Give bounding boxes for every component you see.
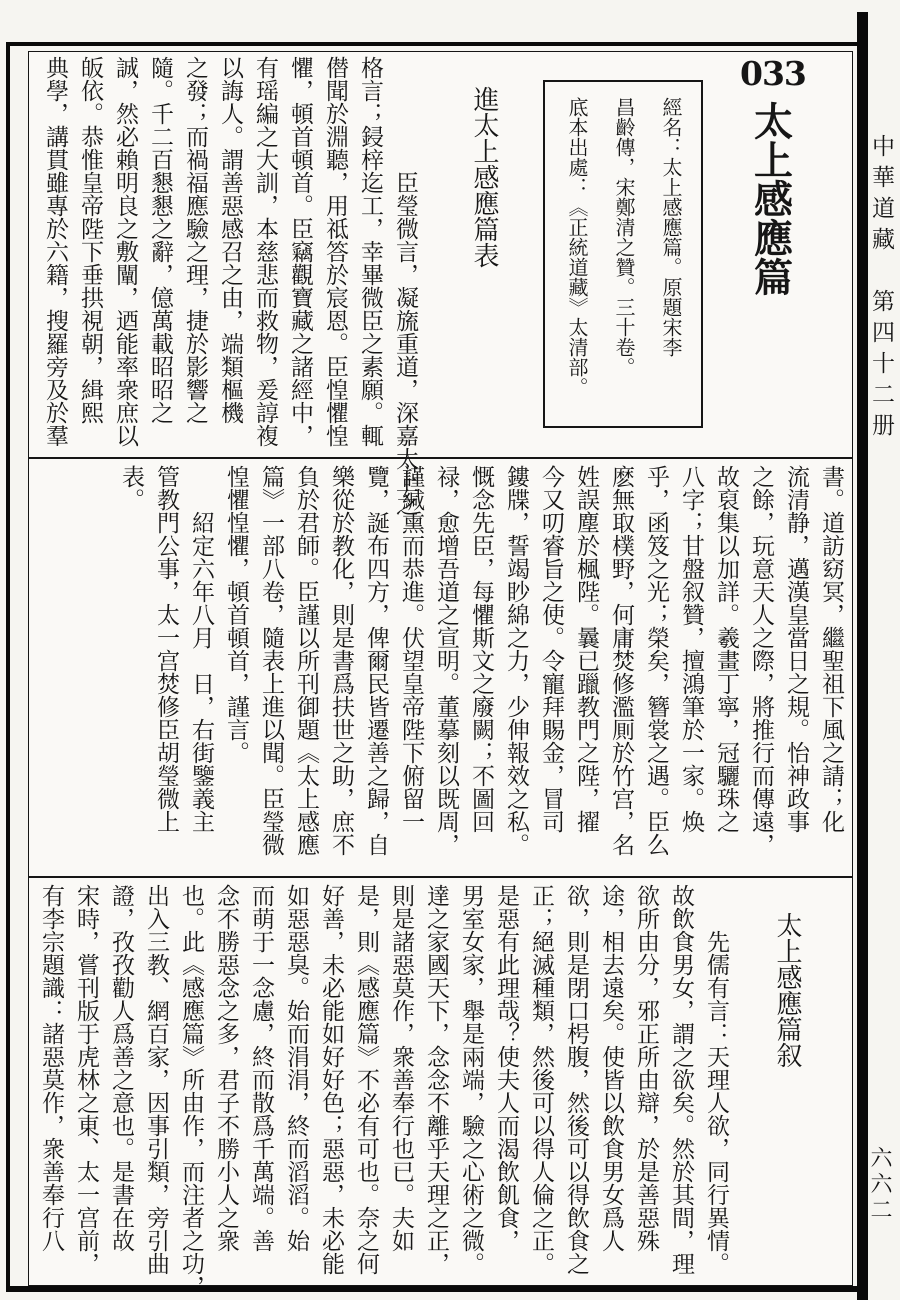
text-column: 僣聞於淵聽，用祗答於宸恩。臣惶懼惶 (318, 56, 353, 454)
preface-title: 太上感應篇叙 (767, 884, 807, 1284)
text-column: 有瑶編之大訓，本慈悲而救物，爰諄複 (248, 56, 283, 454)
text-column: 出入三教、網百家，因事引類，旁引曲 (139, 884, 174, 1284)
text-column: 以誨人。謂善惡感召之由，端類樞機 (213, 56, 248, 454)
text-column: 今又叨睿旨之使。令寵拜賜金，冒司 (534, 465, 569, 873)
text-column: 管教門公事，太一宫焚修臣胡瑩微上 (149, 465, 184, 873)
memorial-continued-section: 書。道訪窈冥，繼聖祖下風之請；化流清静，邁漢皇當日之規。怡神政事之餘，玩意天人之… (114, 465, 849, 873)
memorial-section: 進太上感應篇表 臣瑩微言，凝旒重道，深嘉太上之格言；鋟梓迄工，幸畢微臣之素願。輒… (38, 56, 512, 454)
text-column: 途，相去遠矣。使皆以飲食男女爲人 (594, 884, 629, 1284)
text-column: 先儒有言：天理人欲，同行異情。 (699, 884, 734, 1284)
text-column: 誠，然必賴明良之敷闡，迺能率衆庶以 (108, 56, 143, 454)
text-column: 篇》一部八卷，隨表上進以聞。臣瑩微 (254, 465, 289, 873)
text-column: 書。道訪窈冥，繼聖祖下風之請；化 (814, 465, 849, 873)
text-column: 八字；甘盤叙贊，擅鴻筆於一家。焕 (674, 465, 709, 873)
text-column: 有李宗題識：諸惡莫作，衆善奉行八 (34, 884, 69, 1284)
text-column: 格言；鋟梓迄工，幸畢微臣之素願。輒 (353, 56, 388, 454)
text-column: 慨念先臣，每懼斯文之廢闕；不圖回 (464, 465, 499, 873)
text-column: 之發；而禍福應驗之理，捷於影響之 (178, 56, 213, 454)
text-column: 正；絕滅種類，然後可以得人倫之正。 (524, 884, 559, 1284)
text-column: 鏤牒，誓竭眇綿之力，少伸報效之私。 (499, 465, 534, 873)
text-column: 底本出處：《正統道藏》太清部。 (552, 97, 599, 413)
text-column: 男室女家，舉是兩端，驗之心術之微。 (454, 884, 489, 1284)
catalog-number: 033 (740, 54, 800, 93)
text-column: 欲，則是閉口枵腹，然後可以得飲食之 (559, 884, 594, 1284)
volume-label: 中華道藏 第四十二册 (864, 134, 898, 444)
text-column: 達之家國天下，念念不離乎天理之正， (419, 884, 454, 1284)
text-column: 如惡惡臭。始而涓涓，終而滔滔。始 (279, 884, 314, 1284)
main-title: 太上感應篇 (751, 101, 790, 296)
section-divider-top (28, 457, 853, 459)
text-column: 念不勝惡念之多，君子不勝小人之衆 (209, 884, 244, 1284)
text-column: 隨。千二百懇懇之辭，億萬載昭昭之 (143, 56, 178, 454)
header-title-block: 033 太上感應篇 (740, 54, 800, 301)
text-column: 則是諸惡莫作，衆善奉行也已。夫如 (384, 884, 419, 1284)
text-column: 禄，愈增吾道之宣明。董摹刻以既周， (429, 465, 464, 873)
text-column: 負於君師。臣謹以所刊御題《太上感應 (289, 465, 324, 873)
text-column: 惶懼惶懼，頓首頓首，謹言。 (219, 465, 254, 873)
text-column: 之餘，玩意天人之際，將推行而傳遠， (744, 465, 779, 873)
colophon-columns: 經名：太上感應篇。原題宋李昌齡傳，宋鄭清之贊。三十卷。底本出處：《正統道藏》太清… (552, 97, 693, 413)
text-column: 麽無取樸野，何庸焚修濫厠於竹宫，名 (604, 465, 639, 873)
text-column: 流清静，邁漢皇當日之規。怡神政事 (779, 465, 814, 873)
text-column: 皈依。恭惟皇帝陛下垂拱視朝，緝熙 (73, 56, 108, 454)
text-column: 覽，誕布四方，俾爾民皆遷善之歸，自 (359, 465, 394, 873)
colophon-box: 經名：太上感應篇。原題宋李昌齡傳，宋鄭清之贊。三十卷。底本出處：《正統道藏》太清… (543, 80, 703, 428)
text-column: 故飲食男女，謂之欲矣。然於其間，理 (664, 884, 699, 1284)
text-column: 宋時，嘗刊版于虎林之東、太一宫前， (69, 884, 104, 1284)
text-column: 表。 (114, 465, 149, 873)
text-column: 證，孜孜勸人爲善之意也。是書在故 (104, 884, 139, 1284)
text-column: 懼，頓首頓首。臣竊觀寶藏之諸經中， (283, 56, 318, 454)
text-column: 昌齡傳，宋鄭清之贊。三十卷。 (599, 97, 646, 413)
memorial-title: 進太上感應篇表 (456, 56, 512, 454)
text-column: 而萌于一念慮，終而散爲千萬端。善 (244, 884, 279, 1284)
text-column: 謹緘熏而恭進。伏望皇帝陛下俯留一 (394, 465, 429, 873)
text-column: 也。此《感應篇》所由作，而注者之功， (174, 884, 209, 1284)
text-column: 樂從於教化，則是書爲扶世之助，庶不 (324, 465, 359, 873)
text-column: 紹定六年八月 日，右街鑒義主 (184, 465, 219, 873)
text-column: 好善，未必能如好好色；惡惡，未必能 (314, 884, 349, 1284)
text-column: 是，則《感應篇》不必有可也。奈之何 (349, 884, 384, 1284)
text-column: 欲所由分，邪正所由辯，於是善惡殊 (629, 884, 664, 1284)
page-number: 六六二 (866, 1146, 894, 1224)
text-column: 故裒集以加詳。羲畫丁寧，冠驪珠之 (709, 465, 744, 873)
text-column: 姓誤塵於楓陛。曩已躐教門之陛，擢 (569, 465, 604, 873)
preface-section: 太上感應篇叙 先儒有言：天理人欲，同行異情。故飲食男女，謂之欲矣。然於其間，理欲… (34, 884, 849, 1284)
text-column: 乎，函笈之光；榮矣，簪裳之遇。臣么 (639, 465, 674, 873)
text-column: 經名：太上感應篇。原題宋李 (646, 97, 693, 413)
text-column: 典學，講貫雖專於六籍，搜羅旁及於羣 (38, 56, 73, 454)
section-divider-bottom (28, 876, 853, 878)
text-column: 臣瑩微言，凝旒重道，深嘉太上之 (388, 56, 423, 454)
text-column: 是惡有此理哉？使夫人而渴飲飢食， (489, 884, 524, 1284)
